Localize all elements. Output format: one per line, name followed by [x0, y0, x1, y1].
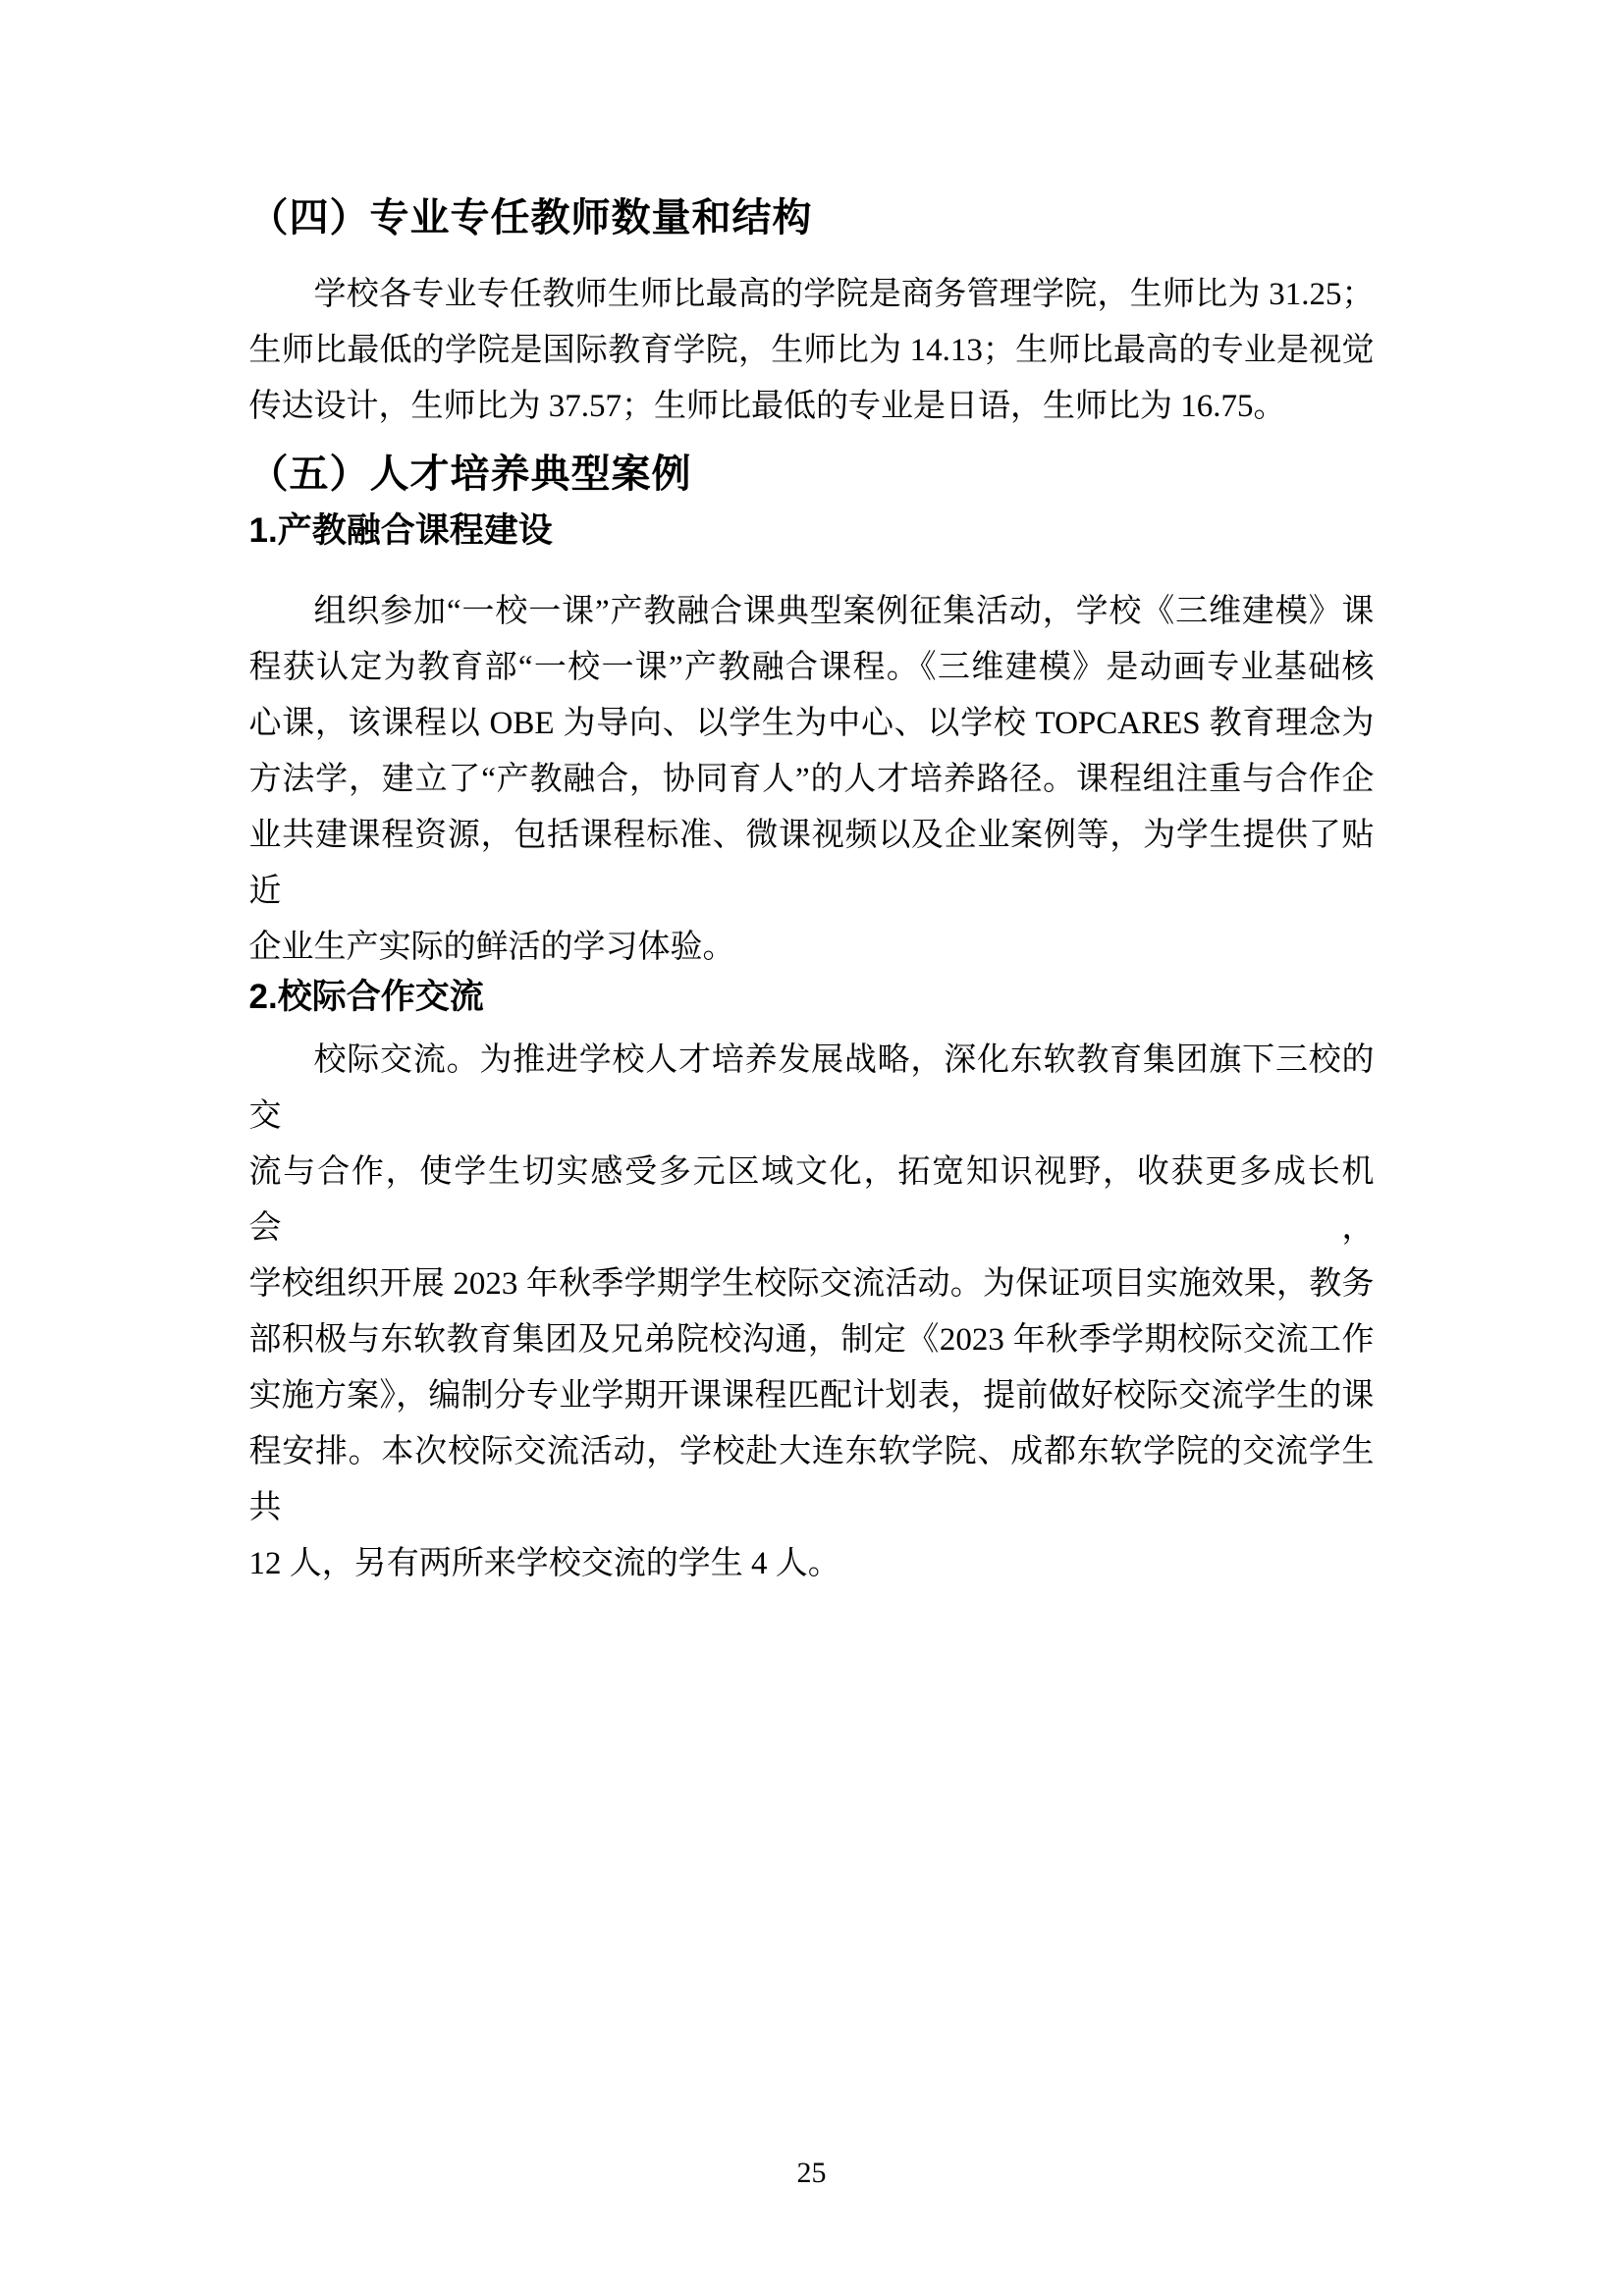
paragraph-line: 生师比最低的学院是国际教育学院，生师比为 14.13；生师比最高的专业是视觉 [249, 323, 1375, 379]
paragraph-line: 12 人，另有两所来学校交流的学生 4 人。 [249, 1536, 1375, 1592]
paragraph-line: 业共建课程资源，包括课程标准、微课视频以及企业案例等，为学生提供了贴近 [249, 808, 1375, 920]
paragraph-line: 传达设计，生师比为 37.57；生师比最低的专业是日语，生师比为 16.75。 [249, 379, 1375, 435]
subsection-heading-2: 2.校际合作交流 [249, 976, 1375, 1019]
paragraph-line: 部积极与东软教育集团及兄弟院校沟通，制定《2023 年秋季学期校际交流工作 [249, 1312, 1375, 1368]
paragraph-line: 学校各专业专任教师生师比最高的学院是商务管理学院，生师比为 31.25； [249, 267, 1375, 323]
paragraph-industry-education-course: 组织参加“一校一课”产教融合课典型案例征集活动，学校《三维建模》课 程获认定为教… [249, 584, 1375, 976]
paragraph-line: 校际交流。为推进学校人才培养发展战略，深化东软教育集团旗下三校的交 [249, 1033, 1375, 1145]
page-number: 25 [0, 2156, 1623, 2191]
paragraph-line: 方法学，建立了“产教融合，协同育人”的人才培养路径。课程组注重与合作企 [249, 752, 1375, 808]
paragraph-line: 学校组织开展 2023 年秋季学期学生校际交流活动。为保证项目实施效果，教务 [249, 1256, 1375, 1312]
document-page: （四）专业专任教师数量和结构 学校各专业专任教师生师比最高的学院是商务管理学院，… [0, 0, 1623, 2296]
page-content: （四）专业专任教师数量和结构 学校各专业专任教师生师比最高的学院是商务管理学院，… [249, 0, 1375, 1592]
section-heading-5: （五）人才培养典型案例 [249, 449, 1375, 500]
section-heading-4: （四）专业专任教师数量和结构 [249, 192, 1375, 243]
paragraph-line: 程安排。本次校际交流活动，学校赴大连东软学院、成都东软学院的交流学生共 [249, 1424, 1375, 1536]
paragraph-inter-school-exchange: 校际交流。为推进学校人才培养发展战略，深化东软教育集团旗下三校的交 流与合作，使… [249, 1033, 1375, 1592]
paragraph-line: 流与合作，使学生切实感受多元区域文化，拓宽知识视野，收获更多成长机会， [249, 1145, 1375, 1256]
subsection-heading-1: 1.产教融合课程建设 [249, 509, 1375, 553]
paragraph-line: 程获认定为教育部“一校一课”产教融合课程。《三维建模》是动画专业基础核 [249, 640, 1375, 696]
paragraph-line: 企业生产实际的鲜活的学习体验。 [249, 920, 1375, 976]
paragraph-line: 心课，该课程以 OBE 为导向、以学生为中心、以学校 TOPCARES 教育理念… [249, 696, 1375, 752]
paragraph-teacher-ratio: 学校各专业专任教师生师比最高的学院是商务管理学院，生师比为 31.25； 生师比… [249, 267, 1375, 435]
paragraph-line: 组织参加“一校一课”产教融合课典型案例征集活动，学校《三维建模》课 [249, 584, 1375, 640]
paragraph-line: 实施方案》，编制分专业学期开课课程匹配计划表，提前做好校际交流学生的课 [249, 1368, 1375, 1424]
